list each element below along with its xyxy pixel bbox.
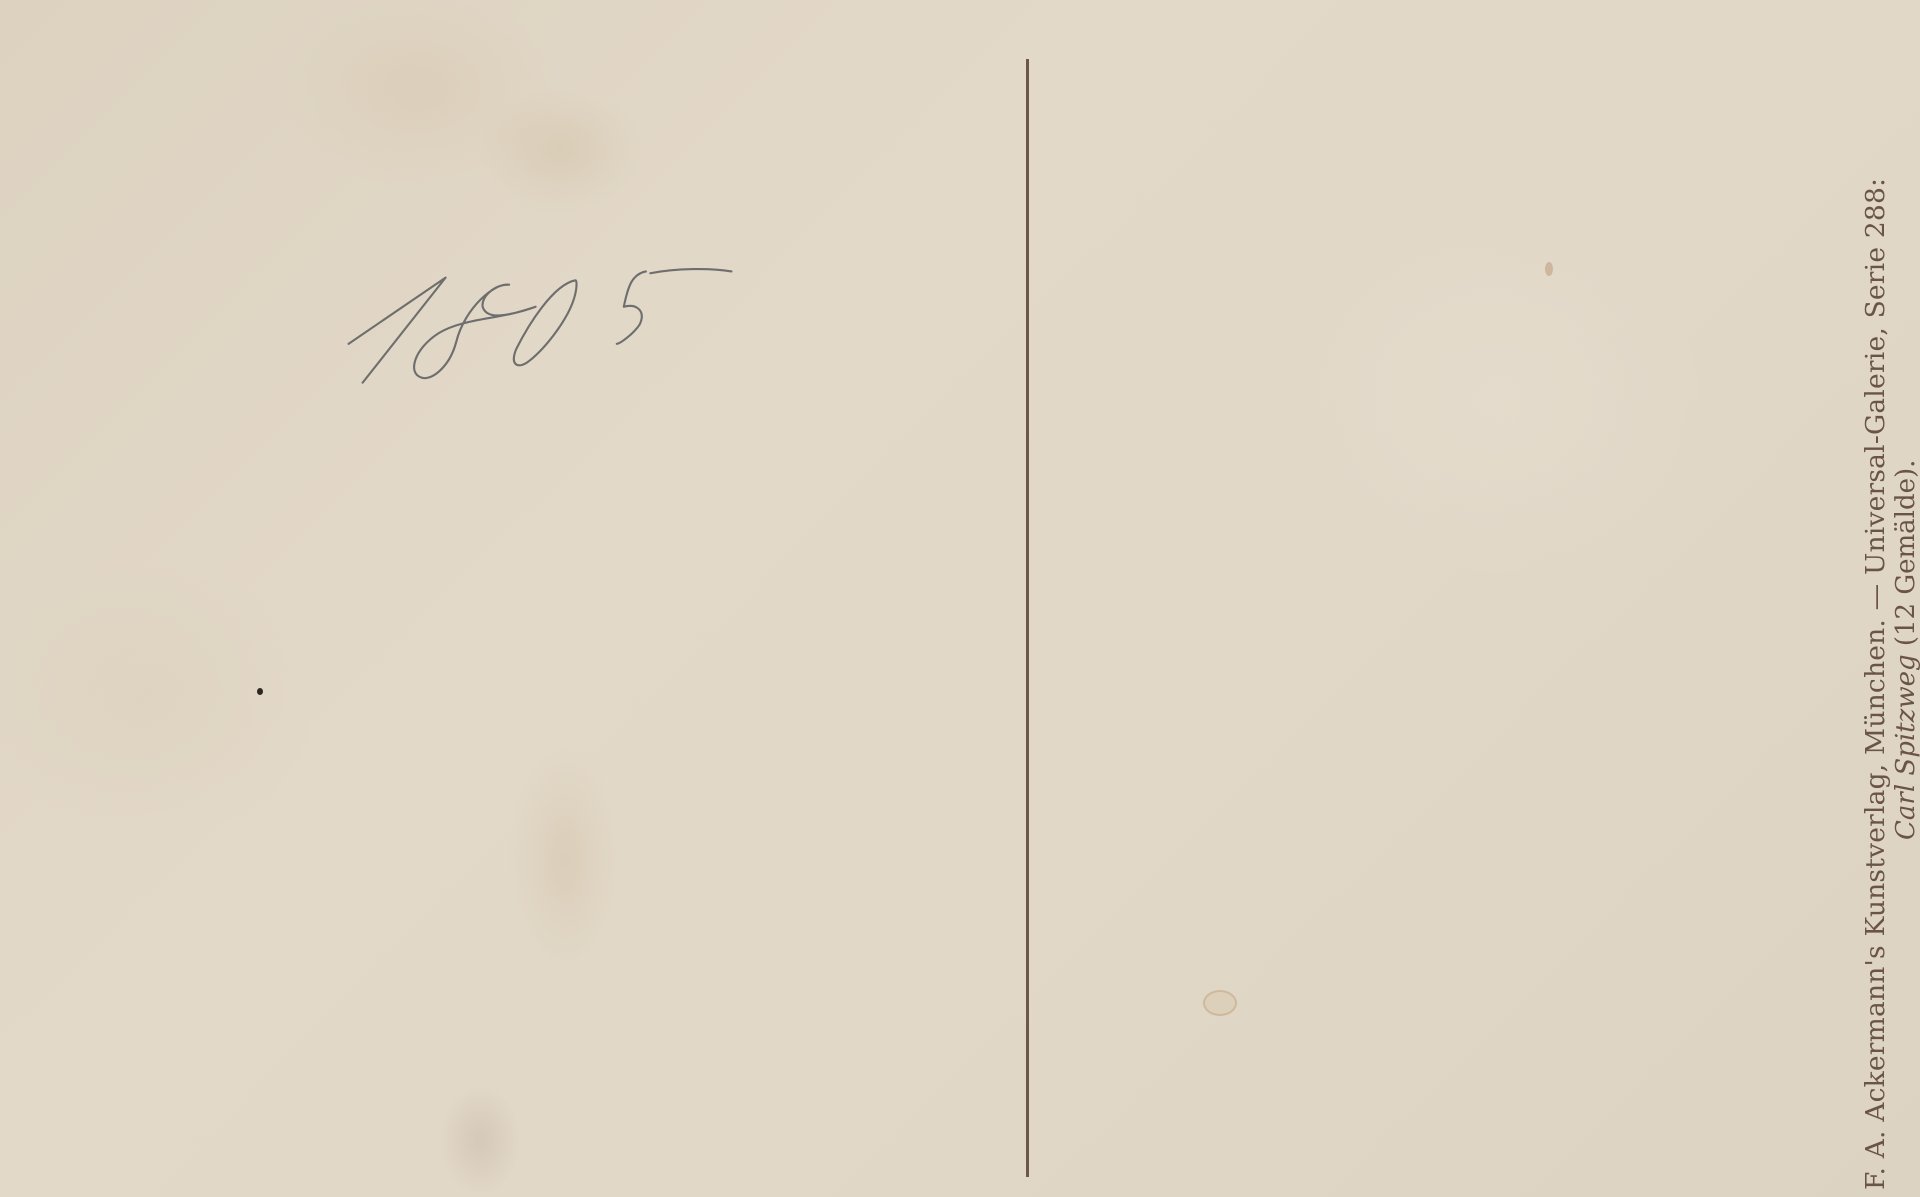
artist-line: Carl Spitzweg (12 Gemälde). — [1890, 460, 1920, 840]
artist-name: Carl Spitzweg — [1891, 654, 1920, 840]
postcard-back: 1805 F. A. Ackermann's Kunstverlag, Münc… — [0, 0, 1920, 1197]
ink-speck — [257, 688, 263, 695]
pencil-handwriting-1805: 1805 — [310, 245, 770, 395]
series-count: (12 Gemälde). — [1891, 460, 1920, 647]
address-divider-line — [1026, 59, 1029, 1177]
foxing-stain — [1203, 990, 1237, 1016]
publisher-line: F. A. Ackermann's Kunstverlag, München. … — [1860, 178, 1892, 1190]
foxing-stain — [1545, 262, 1553, 276]
